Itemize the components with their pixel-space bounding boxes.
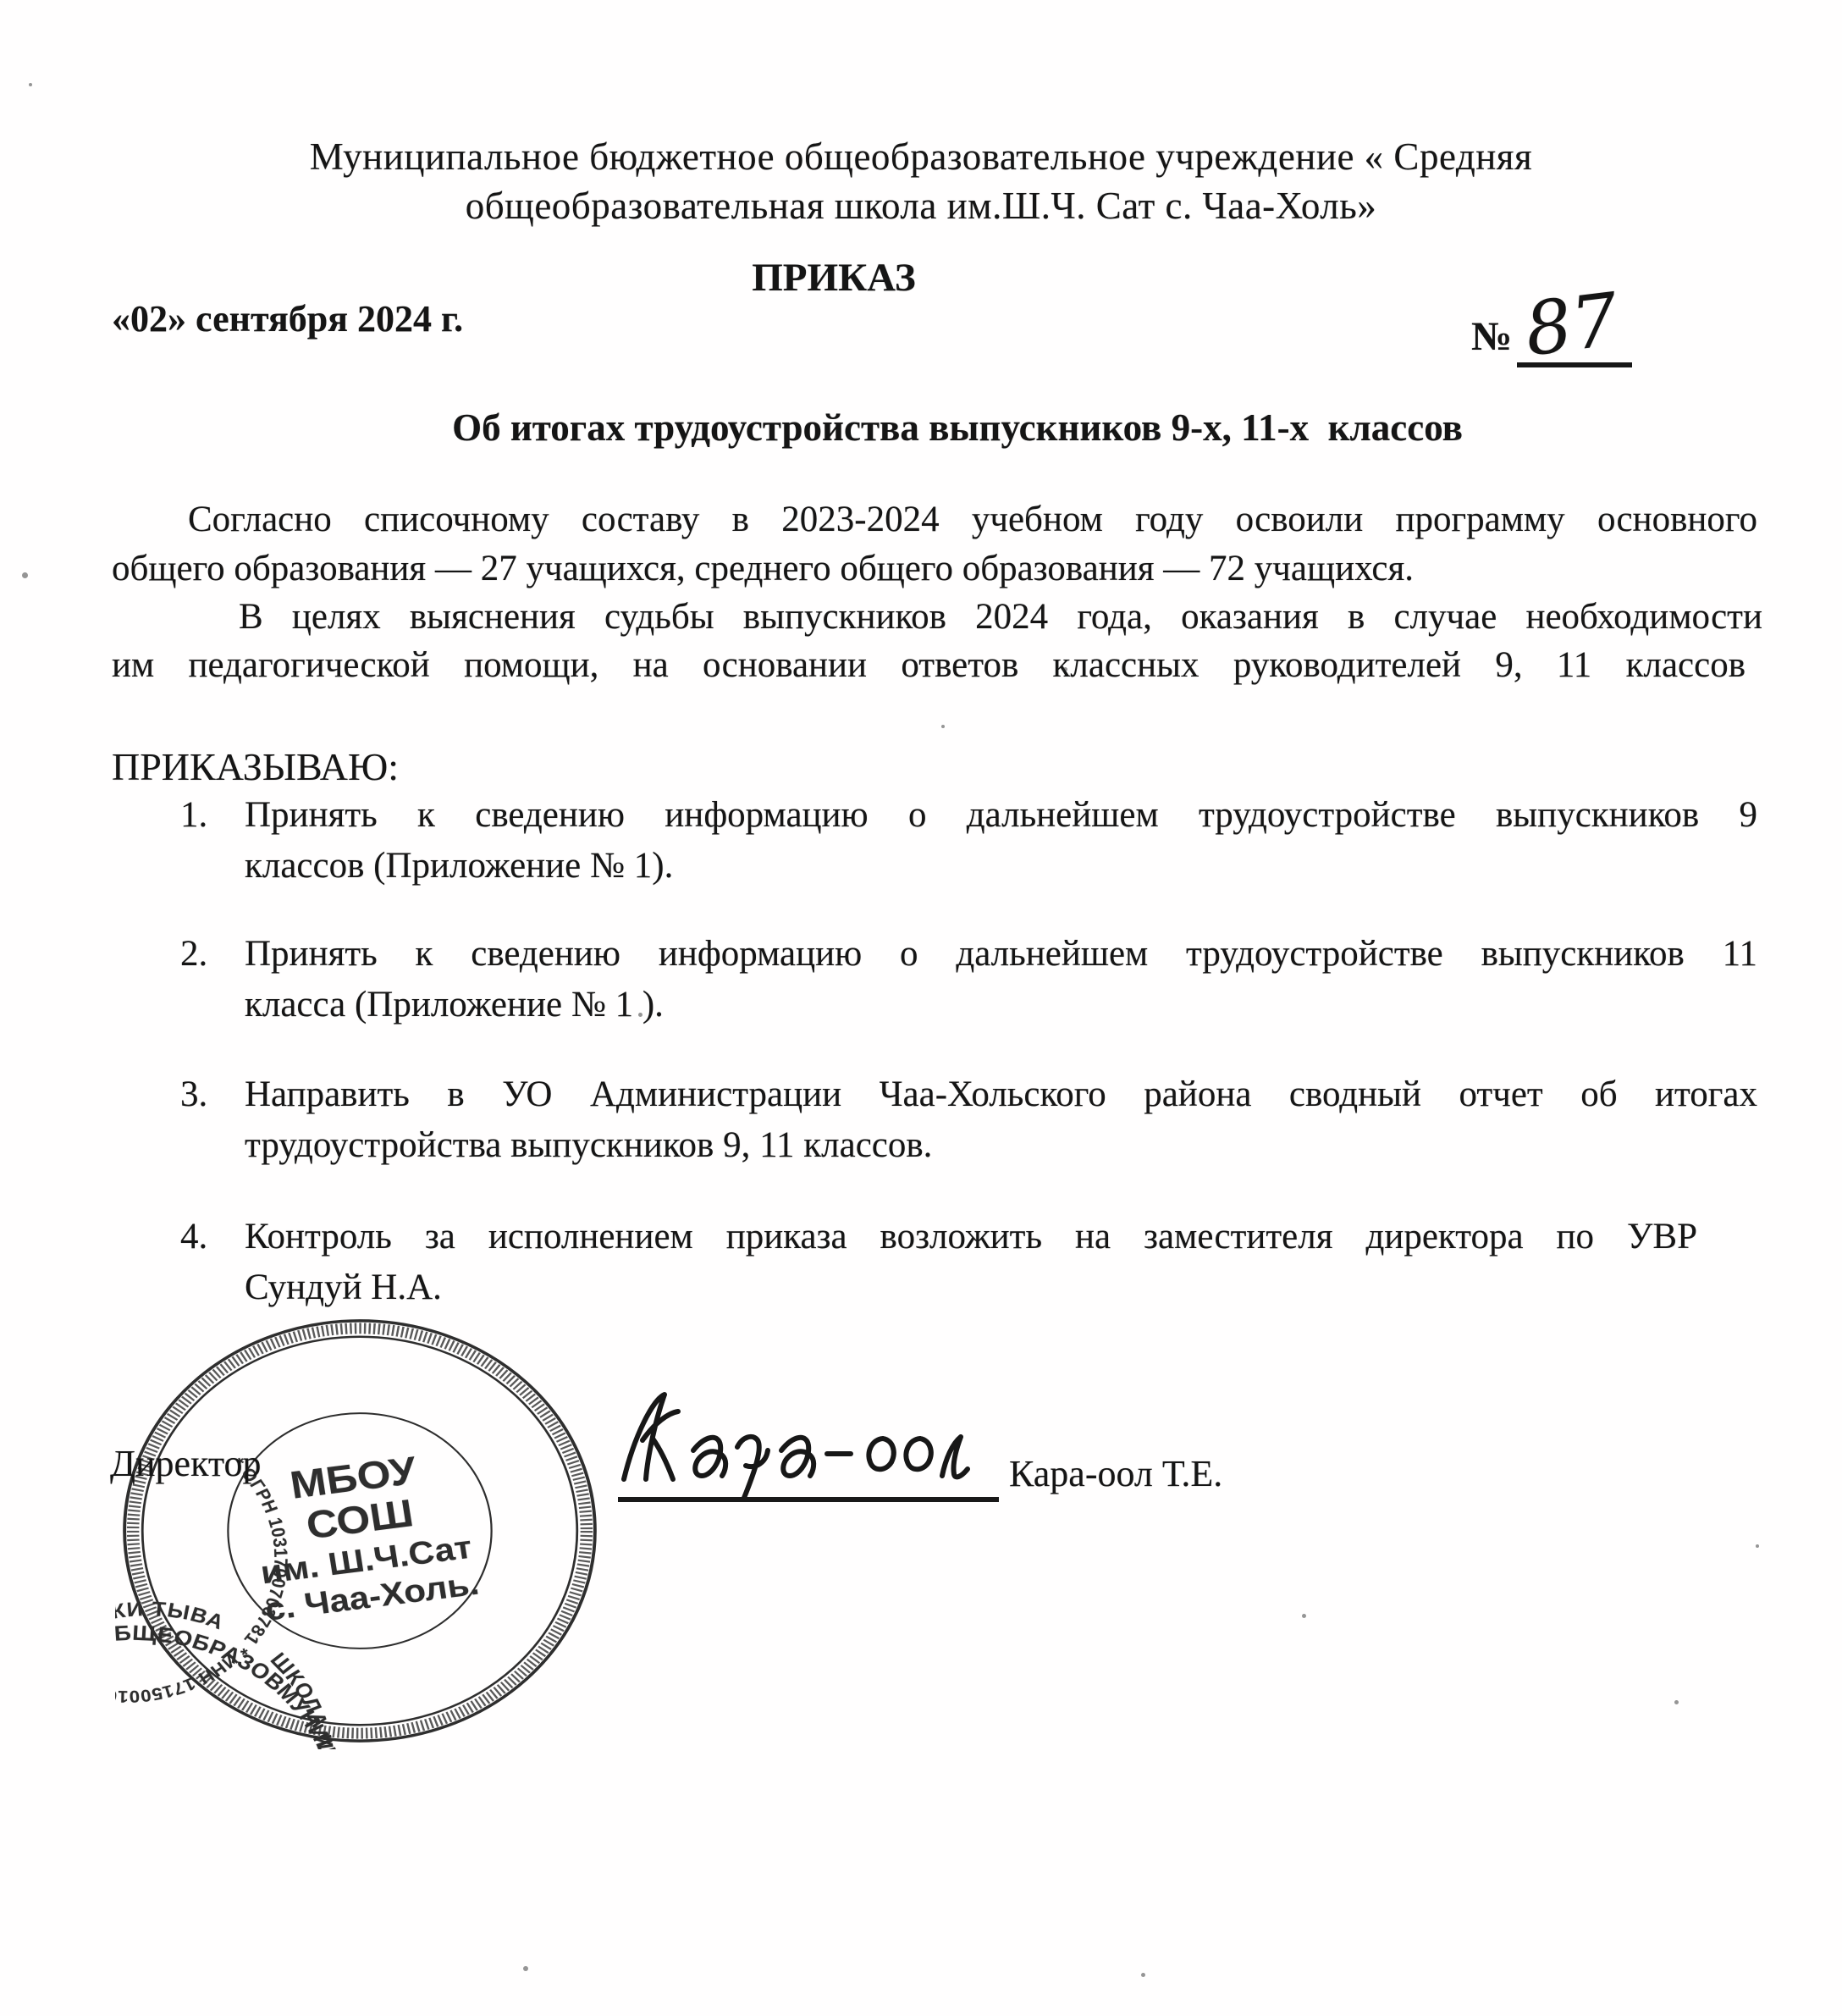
paragraph1-line1: Согласно списочному составу в 2023-2024 … (188, 498, 1757, 542)
order-item-3-line2: трудоустройства выпускников 9, 11 классо… (245, 1124, 932, 1166)
scan-speck (1302, 1614, 1306, 1618)
scan-speck (1756, 1544, 1759, 1548)
scan-speck (1141, 1973, 1145, 1977)
org-name-line2: общеобразовательная школа им.Ш.Ч. Сат с.… (0, 183, 1842, 229)
scan-speck (22, 572, 28, 578)
order-item-2-number: 2. (180, 933, 207, 975)
order-item-4-number: 4. (180, 1216, 207, 1257)
paragraph2-line2: им педагогической помощи, на основании о… (112, 643, 1745, 688)
doc-date: «02» сентября 2024 г. (112, 296, 463, 342)
order-item-1-line1: Принять к сведению информацию о дальнейш… (245, 794, 1757, 836)
doc-type-heading: ПРИКАЗ (0, 254, 1668, 302)
school-stamp: МУНИЦИПАЛЬНОЕ БЮДЖЕТНОЕ ОБЩЕОБРАЗОВАТЕЛЬ… (115, 1312, 604, 1749)
scan-speck (1674, 1700, 1679, 1704)
scan-speck (29, 83, 32, 86)
signature-autograph (605, 1384, 986, 1507)
doc-number: №87 (1471, 291, 1632, 367)
order-item-1-number: 1. (180, 794, 207, 836)
order-item-3-line1: Направить в УО Администрации Чаа-Хольско… (245, 1074, 1757, 1115)
scanned-order-page: Муниципальное бюджетное общеобразователь… (0, 0, 1842, 2016)
scan-speck (941, 725, 945, 728)
order-item-2-line2: класса (Приложение № 1 ). (245, 984, 664, 1025)
scan-speck (638, 1013, 642, 1017)
order-item-4-line1: Контроль за исполнением приказа возложит… (245, 1216, 1697, 1257)
scan-speck (523, 1966, 528, 1971)
number-sign: № (1471, 314, 1512, 359)
order-item-2-line1: Принять к сведению информацию о дальнейш… (245, 933, 1757, 975)
org-name-line1: Муниципальное бюджетное общеобразователь… (0, 134, 1842, 180)
number-underline: 87 (1517, 291, 1631, 367)
order-item-4-line2: Сундуй Н.А. (245, 1267, 442, 1308)
number-value-handwritten: 87 (1522, 286, 1623, 366)
signature-underline (618, 1497, 999, 1502)
scan-speck (1063, 667, 1067, 671)
signer-name: Кара-оол Т.Е. (1009, 1451, 1222, 1497)
paragraph1-line2: общего образования — 27 учащихся, средне… (112, 547, 1414, 591)
order-word: ПРИКАЗЫВАЮ: (112, 743, 399, 791)
order-item-3-number: 3. (180, 1074, 207, 1115)
paragraph2-line1: В целях выяснения судьбы выпускников 202… (239, 595, 1762, 639)
director-label: Директор (110, 1441, 262, 1487)
order-item-1-line2: классов (Приложение № 1). (245, 845, 673, 886)
order-title: Об итогах трудоустройства выпускников 9-… (452, 405, 1463, 451)
